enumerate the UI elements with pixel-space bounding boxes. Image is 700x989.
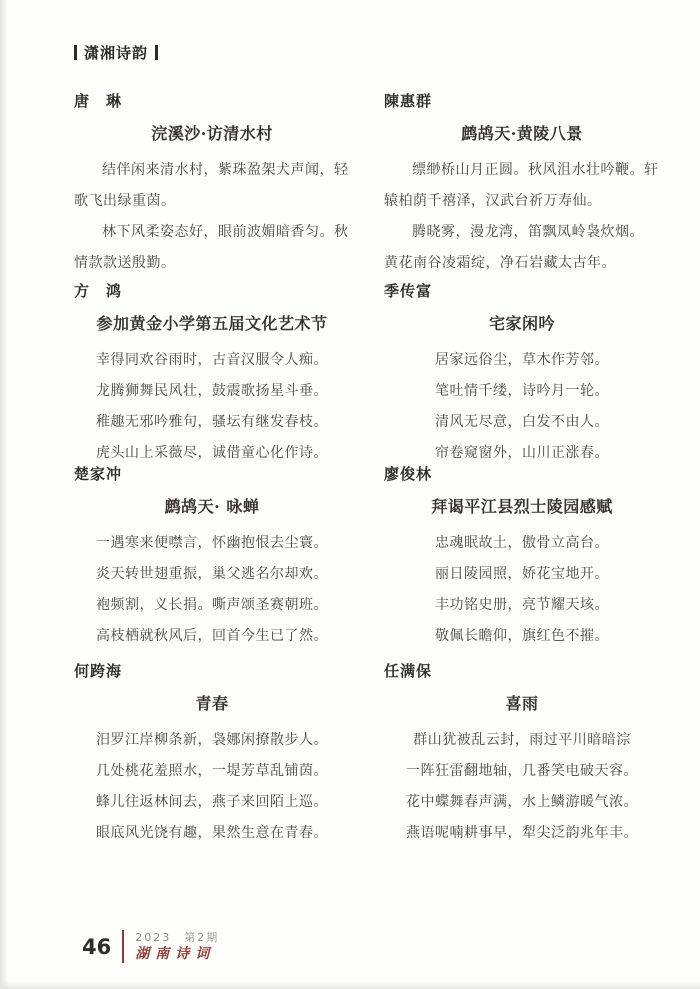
poem-block: 廖俊林 拜谒平江县烈士陵园感赋 忠魂眠故土，傲骨立高台。丽日陵园照，娇花宝地开。…	[384, 455, 660, 652]
poem-line: 稚趣无邪吟雅句，骚坛有继发春枝。	[74, 407, 350, 438]
poem-author: 唐 琳	[74, 90, 350, 112]
poem-block: 楚家冲 鹧鸪天· 咏蝉 一遇寒来便噤言，怀幽抱恨去尘寰。炎天转世翅重振，巢父逃名…	[74, 455, 350, 652]
poem-lines: 忠魂眠故土，傲骨立高台。丽日陵园照，娇花宝地开。丰功铭史册，亮节耀天垓。敬佩长瞻…	[384, 528, 660, 652]
poem-line: 忠魂眠故土，傲骨立高台。	[384, 528, 660, 559]
poem-title: 参加黄金小学第五届文化艺术节	[74, 311, 350, 334]
poem-lines: 居家远俗尘，草木作芳邻。笔吐情千缕，诗吟月一轮。清风无尽意，白发不由人。帘卷窥窗…	[384, 345, 660, 469]
poem-line: 敬佩长瞻仰，旗红色不摧。	[384, 621, 660, 652]
poem-author: 方 鸿	[74, 280, 350, 302]
poem-title: 宅家闲吟	[384, 311, 660, 334]
poem-line: 歌飞出绿重茵。	[74, 186, 350, 217]
poem-line: 林下风柔姿态好，眼前波媚暗香匀。秋	[74, 217, 350, 248]
poem-block: 方 鸿 参加黄金小学第五届文化艺术节 幸得同欢谷雨时，古音汉服令人痴。龙腾狮舞民…	[74, 272, 350, 469]
poem-lines: 汨罗江岸柳条新，袅娜闲撩散步人。几处桃花羞照水，一堤芳草乱铺茵。蜂儿往返林间去，…	[74, 725, 350, 849]
left-column: 唐 琳 浣溪沙·访清水村 结伴闲来清水村，紫珠盈架犬声闻，轻歌飞出绿重茵。林下风…	[74, 0, 350, 930]
poem-line: 几处桃花羞照水，一堤芳草乱铺茵。	[74, 756, 350, 787]
poem-line: 辕柏荫千禧泽，汉武台祈万寿仙。	[384, 186, 660, 217]
poem-line: 眼底风光饶有趣，果然生意在青春。	[74, 818, 350, 849]
poem-line: 群山犹被乱云封，雨过平川暗暗淙	[384, 725, 660, 756]
poem-author: 陳惠群	[384, 90, 660, 112]
poem-lines: 幸得同欢谷雨时，古音汉服令人痴。龙腾狮舞民风壮，鼓震歌扬星斗垂。稚趣无邪吟雅句，…	[74, 345, 350, 469]
poem-block: 季传富 宅家闲吟 居家远俗尘，草木作芳邻。笔吐情千缕，诗吟月一轮。清风无尽意，白…	[384, 272, 660, 469]
poem-lines: 缥缈桥山月正圆。秋风沮水壮吟鞭。轩辕柏荫千禧泽，汉武台祈万寿仙。腾晓雾，漫龙湾，…	[384, 155, 660, 279]
poem-block: 何跨海 青春 汨罗江岸柳条新，袅娜闲撩散步人。几处桃花羞照水，一堤芳草乱铺茵。蜂…	[74, 652, 350, 849]
poem-line: 蜂儿往返林间去，燕子来回陌上巡。	[74, 787, 350, 818]
poem-line: 清风无尽意，白发不由人。	[384, 407, 660, 438]
poem-line: 一遇寒来便噤言，怀幽抱恨去尘寰。	[74, 528, 350, 559]
poem-lines: 一遇寒来便噤言，怀幽抱恨去尘寰。炎天转世翅重振，巢父逃名尔却欢。袍频割，义长捐。…	[74, 528, 350, 652]
journal-page: 潇湘诗韵 唐 琳 浣溪沙·访清水村 结伴闲来清水村，紫珠盈架犬声闻，轻歌飞出绿重…	[0, 0, 700, 989]
poem-block: 陳惠群 鹧鸪天·黄陵八景 缥缈桥山月正圆。秋风沮水壮吟鞭。轩辕柏荫千禧泽，汉武台…	[384, 82, 660, 279]
poem-title: 浣溪沙·访清水村	[74, 121, 350, 144]
poem-author: 何跨海	[74, 660, 350, 682]
poem-author: 任满保	[384, 660, 660, 682]
poem-author: 季传富	[384, 280, 660, 302]
poem-line: 笔吐情千缕，诗吟月一轮。	[384, 376, 660, 407]
right-column: 陳惠群 鹧鸪天·黄陵八景 缥缈桥山月正圆。秋风沮水壮吟鞭。轩辕柏荫千禧泽，汉武台…	[384, 0, 660, 930]
poem-title: 拜谒平江县烈士陵园感赋	[384, 494, 660, 517]
poem-line: 丽日陵园照，娇花宝地开。	[384, 559, 660, 590]
poem-line: 花中蝶舞春声满，水上鳞游暖气浓。	[384, 787, 660, 818]
footer-divider	[122, 930, 124, 963]
page-number: 46	[82, 935, 111, 959]
poem-line: 袍频割，义长捐。嘶声颂圣赛朝班。	[74, 590, 350, 621]
poem-title: 鹧鸪天·黄陵八景	[384, 121, 660, 144]
poem-line: 缥缈桥山月正圆。秋风沮水壮吟鞭。轩	[384, 155, 660, 186]
poem-block: 唐 琳 浣溪沙·访清水村 结伴闲来清水村，紫珠盈架犬声闻，轻歌飞出绿重茵。林下风…	[74, 82, 350, 279]
poem-title: 鹧鸪天· 咏蝉	[74, 494, 350, 517]
poem-block: 任满保 喜雨 群山犹被乱云封，雨过平川暗暗淙一阵狂雷翻地轴，几番笑电破天容。花中…	[384, 652, 660, 849]
poem-title: 喜雨	[384, 691, 660, 714]
poem-line: 燕语呢喃耕事早，犁尖泛韵兆年丰。	[384, 818, 660, 849]
poem-line: 高枝栖就秋风后，回首今生已了然。	[74, 621, 350, 652]
poem-author: 楚家冲	[74, 463, 350, 485]
footer-issue: 2023 第2期	[135, 930, 219, 945]
poem-line: 一阵狂雷翻地轴，几番笑电破天容。	[384, 756, 660, 787]
page-footer: 46 2023 第2期 湖南诗词	[82, 930, 219, 963]
poem-line: 汨罗江岸柳条新，袅娜闲撩散步人。	[74, 725, 350, 756]
journal-logo: 湖南诗词	[135, 945, 219, 963]
footer-meta: 2023 第2期 湖南诗词	[135, 930, 219, 963]
poem-line: 居家远俗尘，草木作芳邻。	[384, 345, 660, 376]
poem-line: 幸得同欢谷雨时，古音汉服令人痴。	[74, 345, 350, 376]
poem-line: 结伴闲来清水村，紫珠盈架犬声闻，轻	[74, 155, 350, 186]
poem-line: 龙腾狮舞民风壮，鼓震歌扬星斗垂。	[74, 376, 350, 407]
poem-line: 炎天转世翅重振，巢父逃名尔却欢。	[74, 559, 350, 590]
poem-lines: 群山犹被乱云封，雨过平川暗暗淙一阵狂雷翻地轴，几番笑电破天容。花中蝶舞春声满，水…	[384, 725, 660, 849]
poem-lines: 结伴闲来清水村，紫珠盈架犬声闻，轻歌飞出绿重茵。林下风柔姿态好，眼前波媚暗香匀。…	[74, 155, 350, 279]
poem-author: 廖俊林	[384, 463, 660, 485]
poem-line: 丰功铭史册，亮节耀天垓。	[384, 590, 660, 621]
poem-line: 腾晓雾，漫龙湾，笛飘凤岭袅炊烟。	[384, 217, 660, 248]
poem-title: 青春	[74, 691, 350, 714]
